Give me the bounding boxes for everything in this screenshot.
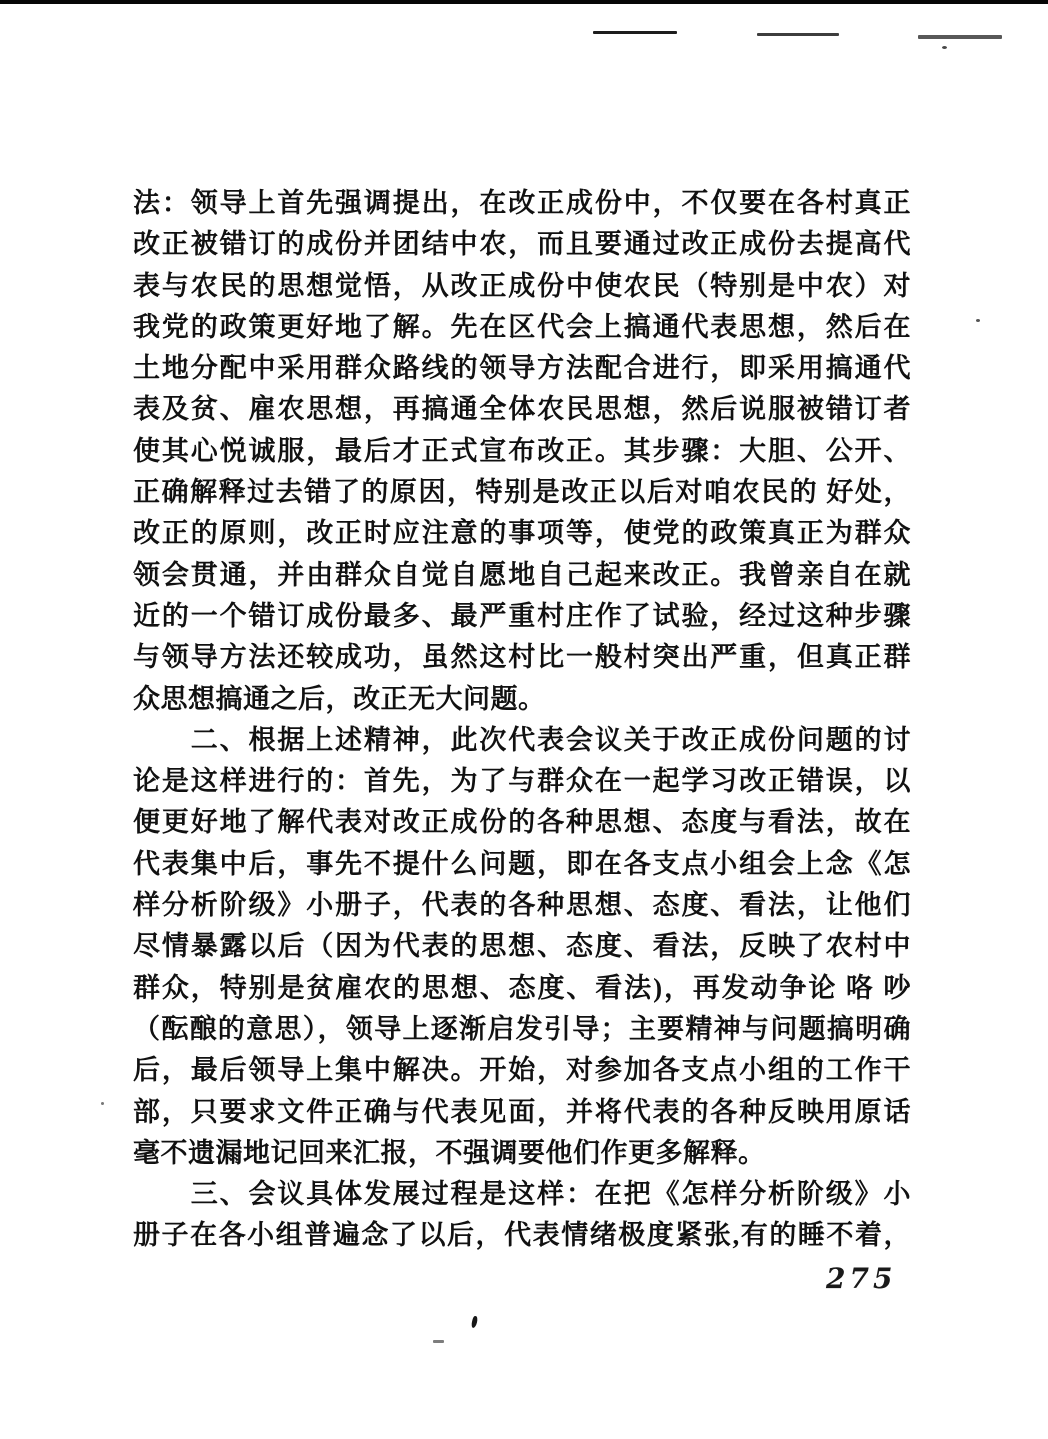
text-line: 土地分配中采用群众路线的领导方法配合进行，即采用搞通代 bbox=[133, 348, 911, 389]
text-line: 尽情暴露以后（因为代表的思想、态度、看法，反映了农村中 bbox=[133, 926, 911, 967]
page-number: 275 bbox=[826, 1262, 896, 1295]
text-line: 领会贯通，并由群众自觉自愿地自己起来改正。我曾亲自在就 bbox=[133, 555, 911, 596]
scan-speck bbox=[976, 319, 980, 322]
text-line: 便更好地了解代表对改正成份的各种思想、态度与看法，故在 bbox=[133, 802, 911, 843]
text-line: 正确解释过去错了的原因，特别是改正以后对咱农民的 好处， bbox=[133, 472, 911, 513]
text-line: 论是这样进行的：首先，为了与群众在一起学习改正错误，以 bbox=[133, 761, 911, 802]
text-line: 毫不遗漏地记回来汇报，不强调要他们作更多解释。 bbox=[133, 1133, 911, 1174]
text-line: 代表集中后，事先不提什么问题，即在各支点小组会上念《怎 bbox=[133, 844, 911, 885]
text-line: 后，最后领导上集中解决。开始，对参加各支点小组的工作干 bbox=[133, 1050, 911, 1091]
scan-edge-bar bbox=[0, 0, 1048, 4]
text-line: 改正的原则，改正时应注意的事项等，使党的政策真正为群众 bbox=[133, 513, 911, 554]
scan-dash-mark bbox=[433, 1340, 444, 1343]
text-line: 近的一个错订成份最多、最严重村庄作了试验，经过这种步骤 bbox=[133, 596, 911, 637]
text-block: 法：领导上首先强调提出，在改正成份中，不仅要在各村真正改正被错订的成份并团结中农… bbox=[133, 183, 911, 1257]
scan-speck bbox=[101, 1102, 104, 1105]
text-line: 表及贫、雇农思想，再搞通全体农民思想，然后说服被错订者 bbox=[133, 389, 911, 430]
text-line: 群众，特别是贫雇农的思想、态度、看法)，再发动争论 咯 吵 bbox=[133, 968, 911, 1009]
text-line: 二、根据上述精神，此次代表会议关于改正成份问题的讨 bbox=[133, 720, 911, 761]
scan-tick-mark bbox=[471, 1316, 479, 1329]
text-line: 众思想搞通之后，改正无大问题。 bbox=[133, 679, 911, 720]
text-line: 部，只要求文件正确与代表见面，并将代表的各种反映用原话 bbox=[133, 1092, 911, 1133]
text-line: 我党的政策更好地了解。先在区代会上搞通代表思想，然后在 bbox=[133, 307, 911, 348]
text-line: 与领导方法还较成功，虽然这村比一般村突出严重，但真正群 bbox=[133, 637, 911, 678]
text-line: 样分析阶级》小册子，代表的各种思想、态度、看法，让他们 bbox=[133, 885, 911, 926]
scan-rule-1 bbox=[593, 31, 677, 34]
text-line: （酝酿的意思），领导上逐渐启发引导；主要精神与问题搞明确 bbox=[133, 1009, 911, 1050]
text-line: 改正被错订的成份并团结中农，而且要通过改正成份去提高代 bbox=[133, 224, 911, 265]
text-line: 册子在各小组普遍念了以后，代表情绪极度紧张,有的睡不着， bbox=[133, 1215, 911, 1256]
scanned-page: 法：领导上首先强调提出，在改正成份中，不仅要在各村真正改正被错订的成份并团结中农… bbox=[0, 0, 1048, 1439]
text-line: 表与农民的思想觉悟，从改正成份中使农民（特别是中农）对 bbox=[133, 266, 911, 307]
text-line: 三、会议具体发展过程是这样：在把《怎样分析阶级》小 bbox=[133, 1174, 911, 1215]
scan-rule-3 bbox=[918, 35, 1002, 39]
text-line: 使其心悦诚服，最后才正式宣布改正。其步骤：大胆、公开、 bbox=[133, 431, 911, 472]
scan-speck bbox=[942, 46, 947, 49]
text-line: 法：领导上首先强调提出，在改正成份中，不仅要在各村真正 bbox=[133, 183, 911, 224]
scan-rule-2 bbox=[757, 33, 839, 36]
